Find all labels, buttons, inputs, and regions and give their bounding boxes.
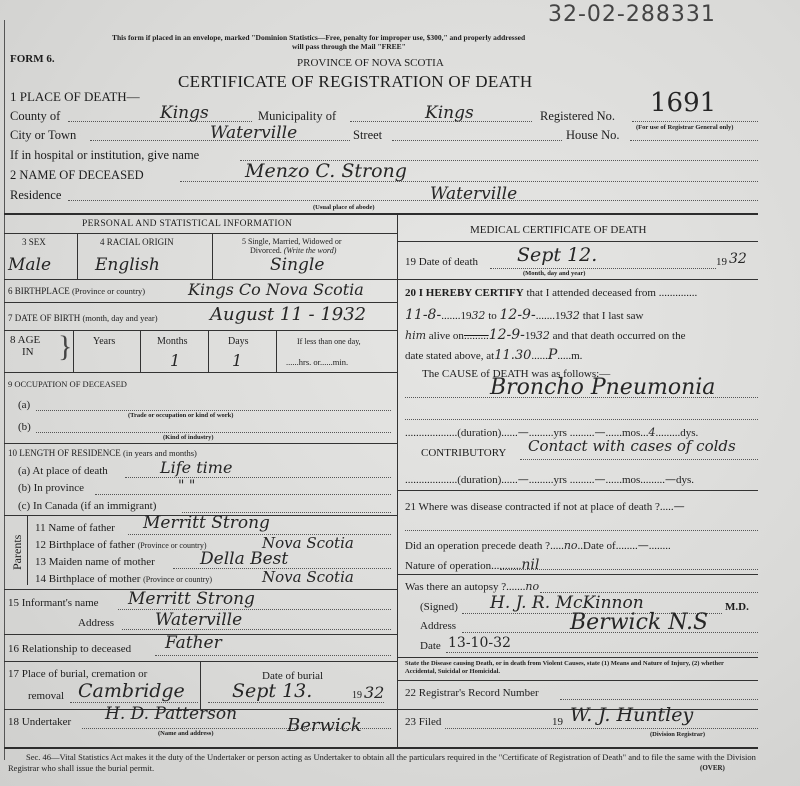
death-ampm-value: P [548,347,557,363]
father-name-value: Merritt Strong [143,513,270,533]
residence-a-label: (a) At place of death [18,465,108,477]
nature-value: nil [521,557,539,573]
death-date-value: Sept 12. [517,244,597,266]
rule [4,302,397,303]
section-divider [4,213,758,215]
relationship-line [155,655,391,656]
footer-text: Sec. 46—Vital Statistics Act makes it th… [8,752,758,774]
informant-address-label: Address [78,617,114,629]
street-line [392,140,562,141]
burial-removal-label: removal [28,690,64,702]
less-than-day-label: If less than one day, [297,337,361,346]
dob-value: August 11 - 1932 [210,304,366,325]
undertaker-value: H. D. Patterson [105,704,237,724]
cert-date-label: Date [420,640,441,652]
signed-label: (Signed) [420,601,458,613]
informant-label: 15 Informant's name [8,597,99,609]
death-date-note: (Month, day and year) [523,270,585,277]
hrs-min-label: ......hrs. or......min. [286,357,348,367]
nature-line: Nature of operation...........nil [405,557,539,573]
contrib-mos-value: — [594,473,605,486]
residence-note: (Usual place of abode) [313,204,375,211]
occupation-label: 9 OCCUPATION OF DECEASED [8,379,127,389]
certify-text: that I attended deceased from [526,287,656,299]
alive-on-value: 12-9- [489,327,525,343]
death-year-prefix: 19 [716,256,727,268]
street-label: Street [353,128,382,143]
dob-label-text: 7 DATE OF BIRTH [8,313,80,323]
personal-heading: PERSONAL AND STATISTICAL INFORMATION [82,219,292,229]
marital-status-value: Single [270,255,324,275]
medical-heading: MEDICAL CERTIFICATE OF DEATH [470,224,646,236]
filed-label: 23 Filed [405,716,441,728]
registered-no-line [632,121,758,122]
deceased-name-label: 2 NAME OF DECEASED [10,168,144,183]
death-certificate: 32-02-288331 This form if placed in an e… [0,0,800,786]
contributory-duration: ...................(duration)......—....… [405,473,694,486]
rule [200,661,201,709]
mother-birthplace-sub: (Province or country) [143,575,212,584]
residence-length-text: 10 LENGTH OF RESIDENCE [8,448,121,458]
left-border [4,20,5,760]
mos-label: mos [622,474,640,486]
city-value: Waterville [210,123,297,143]
mail-notice-line1: This form if placed in an envelope, mark… [112,33,525,42]
occupation-b-label: (b) [18,421,31,433]
parents-label: Parents [10,535,25,570]
over-label: (OVER) [700,764,725,772]
operation-line: Did an operation precede death ?.....no.… [405,539,671,552]
burial-place-value: Cambridge [78,680,185,702]
house-no-label: House No. [566,128,619,143]
residence-a-value: Life time [160,458,232,477]
mother-birthplace-text: 14 Birthplace of mother [35,573,140,585]
occurred-text: and that death occurred on the [553,330,686,342]
rule [4,233,397,234]
residence-a-line [125,477,391,478]
mother-name-label: 13 Maiden name of mother [35,556,155,568]
contrib-dys-value: — [665,473,676,486]
certify-label-bold: 20 I HEREBY CERTIFY [405,287,524,299]
operation-value: no [564,539,578,552]
dys-label: dys. [676,474,694,486]
rule [397,279,758,280]
alive-on-line: him alive on.........12-9-1932 and that … [405,327,685,343]
autopsy-line: Was there an autopsy ?.......no [405,580,539,593]
registrar-note: (For use of Registrar General only) [636,124,733,131]
birthplace-label: 6 BIRTHPLACE (Province or country) [8,286,145,296]
burial-date-line [208,702,384,703]
age-label: 8 AGE [10,334,40,346]
death-date-line [490,268,716,269]
residence-b-line [95,494,391,495]
rule [4,747,397,749]
deceased-name-value: Menzo C. Strong [245,160,407,182]
days-label: Days [228,336,249,347]
birthplace-value: Kings Co Nova Scotia [188,280,364,299]
duration-label: (duration) [457,427,501,439]
autopsy-value: no [525,580,539,593]
racial-origin-label: 4 RACIAL ORIGIN [100,237,174,247]
death-year-value: 32 [729,251,747,267]
occupation-a-note: (Trade or occupation or kind of work) [128,412,233,419]
nature-line-dots [500,569,758,570]
cert-date-line [446,652,758,653]
municipality-label: Municipality of [258,109,336,124]
months-label: Months [157,336,188,347]
operation-date-value: — [638,539,649,552]
contracted-line [405,530,758,531]
municipality-value: Kings [425,103,474,123]
rule [4,372,397,373]
operation-date-label: Date of [583,540,616,552]
birthplace-sub: (Province or country) [72,286,145,296]
hospital-label: If in hospital or institution, give name [10,148,199,163]
rule [208,330,209,372]
hrs-label: hrs. or [299,357,320,367]
residence-label: Residence [10,188,61,203]
rule [397,574,758,575]
racial-origin-value: English [95,255,160,275]
burial-year-value: 32 [364,683,384,702]
sex-label: 3 SEX [22,237,46,247]
relationship-label: 16 Relationship to deceased [8,643,131,655]
m-text: m. [571,350,582,362]
him-value: him [405,329,426,342]
informant-value: Merritt Strong [128,589,255,609]
filed-line [445,728,758,729]
attended-to-year: 32 [566,309,580,322]
form-number: FORM 6. [10,53,55,65]
burial-date-value: Sept 13. [232,680,312,702]
age-label-in: IN [22,346,34,358]
relationship-value: Father [165,633,222,653]
brace: } [58,330,72,364]
rule [4,443,397,444]
attended-from-value: 11-8- [405,307,441,323]
dob-sub: (month, day and year) [82,313,157,323]
rule [140,330,141,372]
marital-label-divorced: Divorced. [250,246,282,255]
rule [212,233,213,280]
father-birthplace-sub: (Province or country) [138,541,207,550]
occupation-a-label: (a) [18,399,30,411]
birthplace-label-text: 6 BIRTHPLACE [8,286,70,296]
undertaker-note: (Name and address) [158,730,214,737]
years-label: Years [93,336,115,347]
filed-year-prefix: 19 [552,716,563,728]
record-number-line [560,699,758,700]
contracted-label-text: 21 Where was disease contracted if not a… [405,501,660,513]
residence-b-value: " " [178,478,195,494]
marital-label-2: Divorced. (Write the word) [250,246,336,255]
rule [27,515,28,585]
rule [73,330,74,372]
attended-period: 11-8-.......1932 to 12-9-.......1932 tha… [405,307,643,323]
sex-value: Male [8,255,51,275]
county-value: Kings [160,103,209,123]
residence-length-sub: (in years and months) [123,448,197,458]
rule [397,747,758,749]
nature-label: Nature of operation [405,560,491,572]
registered-no-value: 1691 [650,88,716,118]
months-value: 1 [170,351,180,370]
residence-line [68,200,758,201]
dob-label: 7 DATE OF BIRTH (month, day and year) [8,313,158,323]
residence-value: Waterville [430,184,517,204]
father-name-label: 11 Name of father [35,522,115,534]
physician-address-value: Berwick N.S [570,610,708,635]
contributory-label: CONTRIBUTORY [421,447,506,459]
alive-on-year: 32 [536,329,550,342]
residence-c-label: (c) In Canada (if an immigrant) [18,500,156,512]
cause-value: Broncho Pneumonia [490,375,715,400]
autopsy-label: Was there an autopsy ? [405,581,506,593]
days-value: 1 [232,351,242,370]
marital-label-note: (Write the word) [284,246,337,255]
certify-label: 20 I HEREBY CERTIFY that I attended dece… [405,287,697,299]
residence-length-label: 10 LENGTH OF RESIDENCE (in years and mon… [8,448,197,458]
death-time-line: date stated above, at11.30......P.....m. [405,347,582,363]
archive-stamp-number: 32-02-288331 [548,2,716,27]
date-stated-text: date stated above, at [405,350,494,362]
undertaker-address-value: Berwick [287,715,362,736]
contracted-value: — [674,500,685,513]
record-number-label: 22 Registrar's Record Number [405,687,539,699]
cause-line-2 [405,419,758,420]
informant-address-value: Waterville [155,610,242,630]
cert-date-value: 13-10-32 [448,635,511,651]
county-label: County of [10,109,60,124]
death-date-label: 19 Date of death [405,256,478,268]
house-no-line [630,140,758,141]
father-birthplace-label: 12 Birthplace of father (Province or cou… [35,539,207,551]
contributory-line [520,459,758,460]
residence-b-label: (b) In province [18,482,84,494]
registered-no-label: Registered No. [540,109,615,124]
mother-birthplace-label: 14 Birthplace of mother (Province or cou… [35,573,212,585]
father-birthplace-text: 12 Birthplace of father [35,539,135,551]
md-label: M.D. [725,601,749,613]
occupation-b-line [36,432,391,433]
alive-on-text: alive on [429,330,464,342]
contrib-yrs-value: — [518,473,529,486]
occupation-b-note: (Kind of industry) [163,434,214,441]
last-saw-text: that I last saw [583,310,644,322]
attended-to-value: 12-9- [500,307,536,323]
physician-address-label: Address [420,620,456,632]
column-divider [397,215,398,747]
page-title: CERTIFICATE OF REGISTRATION OF DEATH [178,72,533,92]
burial-year-prefix: 19 [352,690,362,701]
marital-label: 5 Single, Married, Widowed or [242,237,342,246]
city-label: City or Town [10,128,76,143]
rule [276,330,277,372]
yrs-label: yrs [553,474,566,486]
mother-birthplace-value: Nova Scotia [262,568,354,586]
burial-place-label: 17 Place of burial, cremation or [8,668,147,680]
occupation-a-line [36,410,391,411]
death-time-value: 11.30 [494,348,531,363]
burial-place-line [70,702,198,703]
mail-notice-line2: will pass through the Mail "FREE" [292,42,406,51]
undertaker-label: 18 Undertaker [8,716,71,728]
rule [397,490,758,491]
rule [397,680,758,681]
province-heading: PROVINCE OF NOVA SCOTIA [297,57,444,69]
rule [397,241,758,242]
instructions-note: State the Disease causing Death, or in d… [405,660,755,676]
attended-from-year: 32 [471,309,485,322]
division-registrar-note: (Division Registrar) [650,731,705,738]
min-label: min. [333,357,348,367]
operation-label: Did an operation precede death ? [405,540,550,552]
contracted-label: 21 Where was disease contracted if not a… [405,500,685,513]
rule [397,657,758,658]
division-registrar-signature: W. J. Huntley [570,704,693,726]
mother-name-value: Della Best [200,549,288,569]
contributory-value: Contact with cases of colds [528,440,798,453]
place-of-death-label: 1 PLACE OF DEATH— [10,89,140,105]
duration-label: (duration) [457,474,501,486]
rule [77,233,78,280]
to-label: to [488,310,497,322]
